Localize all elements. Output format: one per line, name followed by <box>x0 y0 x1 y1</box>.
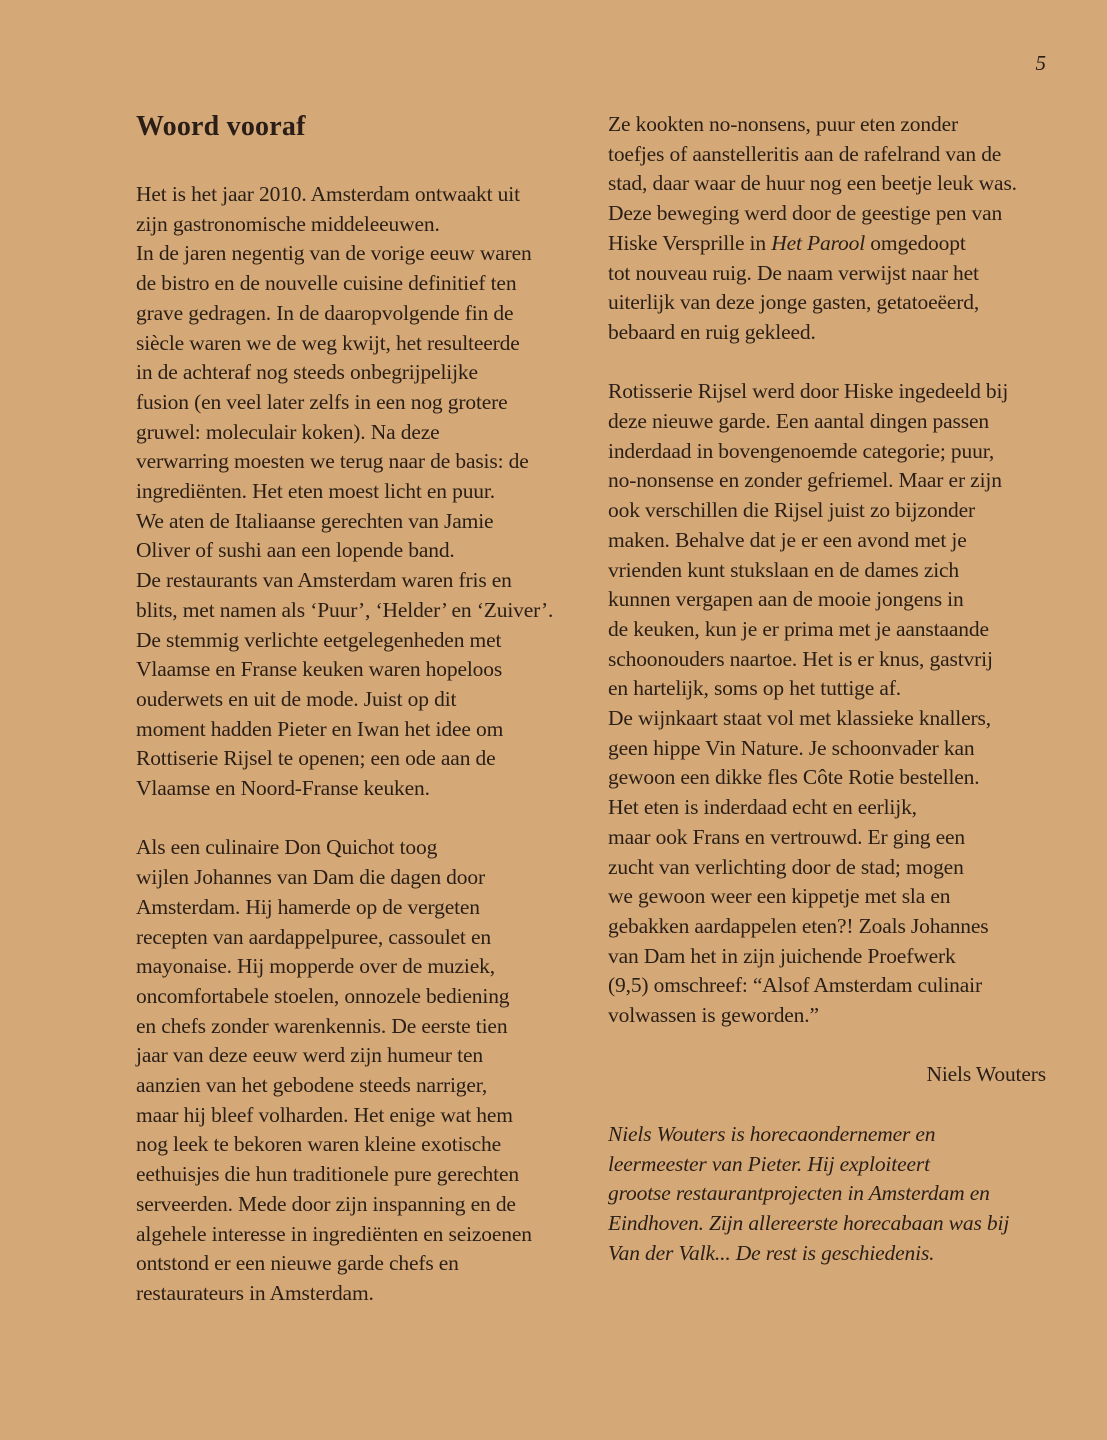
paragraph: Rotisserie Rijsel werd door Hiske ingede… <box>608 377 1058 1030</box>
text-line: Amsterdam. Hij hamerde op de vergeten <box>136 893 596 923</box>
text-line: we gewoon weer een kippetje met sla en <box>608 882 1058 912</box>
text-line: jaar van deze eeuw werd zijn humeur ten <box>136 1041 596 1071</box>
text-line: Oliver of sushi aan een lopende band. <box>136 536 596 566</box>
text-line: deze nieuwe garde. Een aantal dingen pas… <box>608 407 1058 437</box>
text-line: ingrediënten. Het eten moest licht en pu… <box>136 477 596 507</box>
text-line: maar ook Frans en vertrouwd. Er ging een <box>608 823 1058 853</box>
text-line: De restaurants van Amsterdam waren fris … <box>136 566 596 596</box>
text-line: oncomfortabele stoelen, onnozele bedieni… <box>136 982 596 1012</box>
text-line: We aten de Italiaanse gerechten van Jami… <box>136 507 596 537</box>
right-column: Ze kookten no-nonsens, puur eten zonder … <box>608 110 1058 1268</box>
paragraph: Ze kookten no-nonsens, puur eten zonder … <box>608 110 1058 348</box>
text-line: in de achteraf nog steeds onbegrijpelijk… <box>136 358 596 388</box>
text-line: Niels Wouters is horecaondernemer en <box>608 1120 1058 1150</box>
text-line: verwarring moesten we terug naar de basi… <box>136 447 596 477</box>
text-line: tot nouveau ruig. De naam verwijst naar … <box>608 259 1058 289</box>
text-line: gruwel: moleculair koken). Na deze <box>136 418 596 448</box>
text-line: inderdaad in bovengenoemde categorie; pu… <box>608 437 1058 467</box>
text-line: zucht van verlichting door de stad; moge… <box>608 853 1058 883</box>
text-line: algehele interesse in ingrediënten en se… <box>136 1220 596 1250</box>
text-line: uiterlijk van deze jonge gasten, getatoe… <box>608 288 1058 318</box>
text-line: volwassen is geworden.” <box>608 1001 1058 1031</box>
text-line: Van der Valk... De rest is geschiedenis. <box>608 1239 1058 1269</box>
text-line: Ze kookten no-nonsens, puur eten zonder <box>608 110 1058 140</box>
page-title: Woord vooraf <box>136 110 596 144</box>
text-line: Eindhoven. Zijn allereerste horecabaan w… <box>608 1209 1058 1239</box>
text-line: De wijnkaart staat vol met klassieke kna… <box>608 704 1058 734</box>
text-line: moment hadden Pieter en Iwan het idee om <box>136 715 596 745</box>
text-line: ouderwets en uit de mode. Juist op dit <box>136 685 596 715</box>
text-line: geen hippe Vin Nature. Je schoonvader ka… <box>608 734 1058 764</box>
text-line: ontstond er een nieuwe garde chefs en <box>136 1249 596 1279</box>
text-line: Hiske Versprille in Het Parool omgedoopt <box>608 229 1058 259</box>
paragraph: Als een culinaire Don Quichot toog wijle… <box>136 833 596 1308</box>
text-line: blits, met namen als ‘Puur’, ‘Helder’ en… <box>136 596 596 626</box>
text-line: schoonouders naartoe. Het is er knus, ga… <box>608 645 1058 675</box>
text-line: siècle waren we de weg kwijt, het result… <box>136 329 596 359</box>
page-number: 5 <box>1036 50 1047 76</box>
text-line: zijn gastronomische middeleeuwen. <box>136 210 596 240</box>
text-line: toefjes of aanstelleritis aan de rafelra… <box>608 140 1058 170</box>
newspaper-title: Het Parool <box>771 231 865 255</box>
text-line: Het eten is inderdaad echt en eerlijk, <box>608 793 1058 823</box>
text-line: de bistro en de nouvelle cuisine definit… <box>136 269 596 299</box>
text-line: en hartelijk, soms op het tuttige af. <box>608 674 1058 704</box>
text-line: Het is het jaar 2010. Amsterdam ontwaakt… <box>136 180 596 210</box>
text-line: restaurateurs in Amsterdam. <box>136 1279 596 1309</box>
text-line: gebakken aardappelen eten?! Zoals Johann… <box>608 912 1058 942</box>
text-line: Vlaamse en Noord-Franse keuken. <box>136 774 596 804</box>
text-line: aanzien van het gebodene steeds narriger… <box>136 1071 596 1101</box>
left-column: Woord vooraf Het is het jaar 2010. Amste… <box>136 110 596 1309</box>
text-segment: omgedoopt <box>865 231 966 255</box>
text-line: recepten van aardappelpuree, cassoulet e… <box>136 923 596 953</box>
text-line: eethuisjes die hun traditionele pure ger… <box>136 1160 596 1190</box>
text-line: Als een culinaire Don Quichot toog <box>136 833 596 863</box>
text-line: wijlen Johannes van Dam die dagen door <box>136 863 596 893</box>
text-line: maken. Behalve dat je er een avond met j… <box>608 526 1058 556</box>
text-line: gewoon een dikke fles Côte Rotie bestell… <box>608 763 1058 793</box>
text-line: ook verschillen die Rijsel juist zo bijz… <box>608 496 1058 526</box>
text-line: de keuken, kun je er prima met je aansta… <box>608 615 1058 645</box>
text-line: van Dam het in zijn juichende Proefwerk <box>608 942 1058 972</box>
text-line: Rottiserie Rijsel te openen; een ode aan… <box>136 744 596 774</box>
author-signature: Niels Wouters <box>608 1060 1046 1090</box>
text-segment: Hiske Versprille in <box>608 231 771 255</box>
text-line: en chefs zonder warenkennis. De eerste t… <box>136 1012 596 1042</box>
text-line: De stemmig verlichte eetgelegenheden met <box>136 626 596 656</box>
text-line: Vlaamse en Franse keuken waren hopeloos <box>136 655 596 685</box>
text-line: Deze beweging werd door de geestige pen … <box>608 199 1058 229</box>
text-line: stad, daar waar de huur nog een beetje l… <box>608 169 1058 199</box>
text-line: grootse restaurantprojecten in Amsterdam… <box>608 1179 1058 1209</box>
text-line: no-nonsense en zonder gefriemel. Maar er… <box>608 466 1058 496</box>
author-bio: Niels Wouters is horecaondernemer en lee… <box>608 1120 1058 1269</box>
text-line: leermeester van Pieter. Hij exploiteert <box>608 1150 1058 1180</box>
text-line: maar hij bleef volharden. Het enige wat … <box>136 1101 596 1131</box>
paragraph: Het is het jaar 2010. Amsterdam ontwaakt… <box>136 180 596 804</box>
text-line: serveerden. Mede door zijn inspanning en… <box>136 1190 596 1220</box>
text-line: mayonaise. Hij mopperde over de muziek, <box>136 952 596 982</box>
text-line: grave gedragen. In de daaropvolgende fin… <box>136 299 596 329</box>
text-line: (9,5) omschreef: “Alsof Amsterdam culina… <box>608 971 1058 1001</box>
text-line: Rotisserie Rijsel werd door Hiske ingede… <box>608 377 1058 407</box>
text-line: bebaard en ruig gekleed. <box>608 318 1058 348</box>
text-line: kunnen vergapen aan de mooie jongens in <box>608 585 1058 615</box>
text-line: vrienden kunt stukslaan en de dames zich <box>608 556 1058 586</box>
text-line: nog leek te bekoren waren kleine exotisc… <box>136 1130 596 1160</box>
text-line: In de jaren negentig van de vorige eeuw … <box>136 239 596 269</box>
text-line: fusion (en veel later zelfs in een nog g… <box>136 388 596 418</box>
